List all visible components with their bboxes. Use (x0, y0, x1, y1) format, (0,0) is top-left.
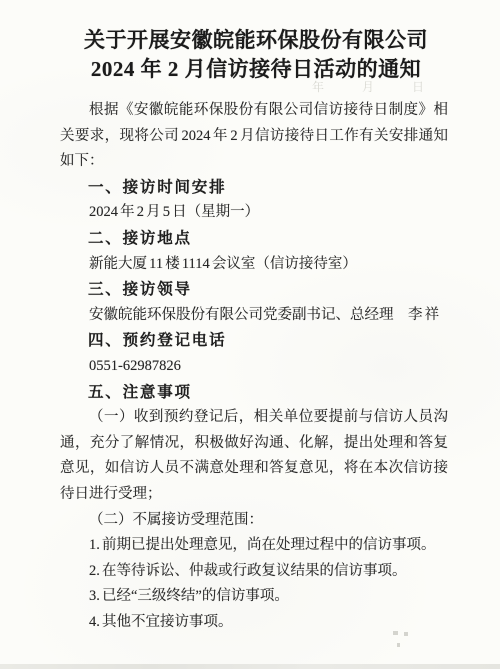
note-paragraph-2: （二）不属接访受理范围： (60, 508, 448, 534)
section-heading-location: 二、接访地点 (60, 226, 448, 252)
section-heading-leader: 三、接访领导 (60, 277, 448, 303)
scan-speck-artifact (404, 632, 408, 636)
page-bottom-edge-shadow (0, 664, 500, 669)
section-notes: 五、注意事项 （一）收到预约登记后，相关单位要提前与信访人员沟通，充分了解情况，… (60, 380, 448, 636)
excluded-scope-item-1: 1. 前期已提出处理意见，尚在处理过程中的信访事项。 (60, 533, 448, 559)
notice-body: 根据《安徽皖能环保股份有限公司信访接待日制度》相关要求，现将公司 2024 年 … (60, 98, 448, 635)
reception-date-text: 2024 年 2 月 5 日（星期一） (60, 200, 448, 226)
reception-leader-text: 安徽皖能环保股份有限公司党委副书记、总经理 李 祥 (60, 303, 448, 329)
bleedthrough-artifact: 年 月 日 (312, 78, 437, 95)
excluded-scope-item-4: 4. 其他不宜接访事项。 (60, 610, 448, 636)
section-heading-time: 一、接访时间安排 (60, 175, 448, 201)
section-reception-leader: 三、接访领导 安徽皖能环保股份有限公司党委副书记、总经理 李 祥 (60, 277, 448, 328)
scanned-notice-page: 年 月 日 关于开展安徽皖能环保股份有限公司 2024 年 2 月信访接待日活动… (0, 0, 500, 669)
excluded-scope-item-3: 3. 已经“三级终结”的信访事项。 (60, 584, 448, 610)
notice-title: 关于开展安徽皖能环保股份有限公司 2024 年 2 月信访接待日活动的通知 (60, 26, 452, 84)
reception-location-text: 新能大厦 11 楼 1114 会议室（信访接待室） (60, 252, 448, 278)
notice-title-line-1: 关于开展安徽皖能环保股份有限公司 (60, 26, 452, 55)
section-heading-phone: 四、预约登记电话 (60, 328, 448, 354)
section-heading-notes: 五、注意事项 (60, 380, 448, 406)
scan-speck-artifact (393, 631, 398, 635)
section-reception-location: 二、接访地点 新能大厦 11 楼 1114 会议室（信访接待室） (60, 226, 448, 277)
section-registration-phone: 四、预约登记电话 0551-62987826 (60, 328, 448, 379)
intro-paragraph: 根据《安徽皖能环保股份有限公司信访接待日制度》相关要求，现将公司 2024 年 … (60, 98, 448, 175)
section-reception-time: 一、接访时间安排 2024 年 2 月 5 日（星期一） (60, 175, 448, 226)
excluded-scope-item-2: 2. 在等待诉讼、仲裁或行政复议结果的信访事项。 (60, 559, 448, 585)
registration-phone-number: 0551-62987826 (60, 354, 448, 380)
note-paragraph-1: （一）收到预约登记后，相关单位要提前与信访人员沟通，充分了解情况，积极做好沟通、… (60, 405, 448, 507)
scan-speck-artifact (397, 643, 400, 647)
